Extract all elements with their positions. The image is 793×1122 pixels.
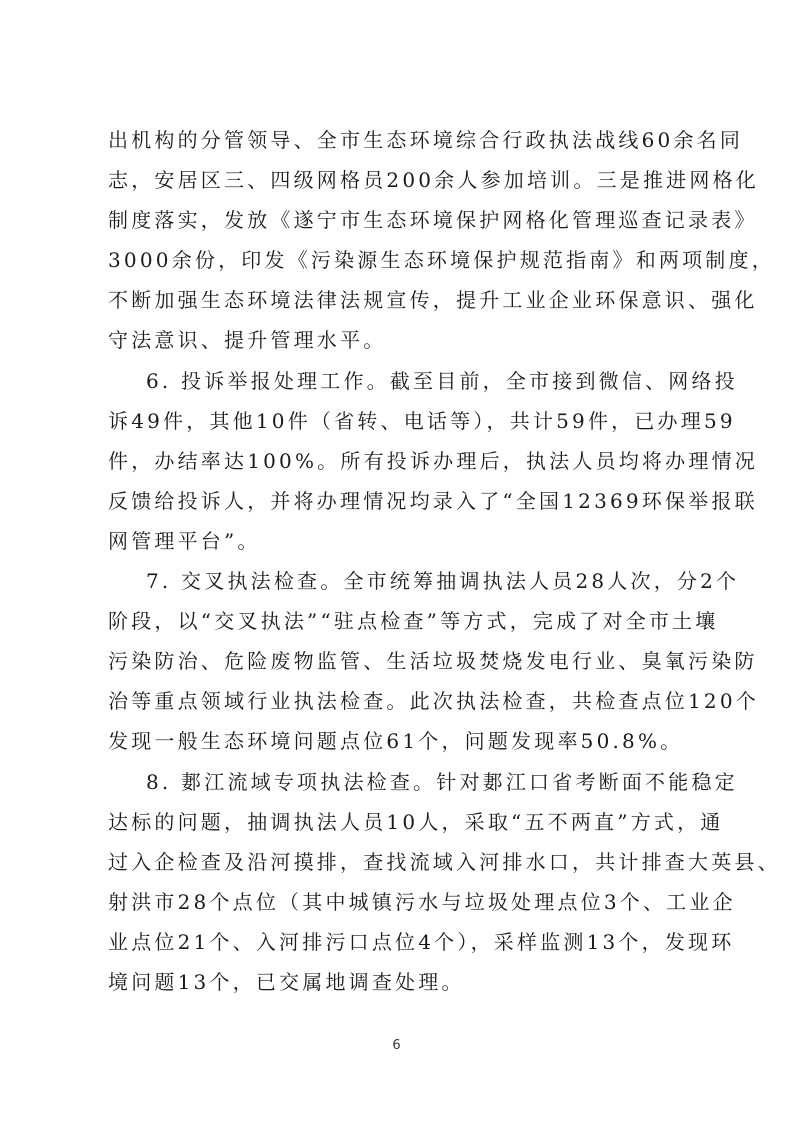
text-line: 射洪市28个点位（其中城镇污水与垃圾处理点位3个、工业企 [108,882,692,922]
document-body: 出机构的分管领导、全市生态环境综合行政执法战线60余名同 志，安居区三、四级网格… [108,120,692,1002]
text-line: 件，办结率达100%。所有投诉办理后，执法人员均将办理情况 [108,441,692,481]
text-line: 污染防治、危险废物监管、生活垃圾焚烧发电行业、臭氧污染防 [108,641,692,681]
text-line: 过入企检查及沿河摸排，查找流域入河排水口，共计排查大英县、 [108,842,692,882]
text-line: 网管理平台”。 [108,521,692,561]
text-line: 守法意识、提升管理水平。 [108,320,692,360]
text-line: 反馈给投诉人，并将办理情况均录入了“全国12369环保举报联 [108,481,692,521]
text-line: 阶段，以“交叉执法”“驻点检查”等方式，完成了对全市土壤 [108,601,692,641]
paragraph-8-qijiang-inspection: 8. 郪江流域专项执法检查。针对郪江口省考断面不能稳定 达标的问题，抽调执法人员… [108,762,692,1003]
text-line: 达标的问题，抽调执法人员10人，采取“五不两直”方式，通 [108,802,692,842]
text-line: 治等重点领域行业执法检查。此次执法检查，共检查点位120个 [108,681,692,721]
text-line: 制度落实，发放《遂宁市生态环境保护网格化管理巡查记录表》 [108,200,692,240]
text-line: 3000余份，印发《污染源生态环境保护规范指南》和两项制度， [108,240,692,280]
text-line: 境问题13个，已交属地调查处理。 [108,962,692,1002]
text-line: 业点位21个、入河排污口点位4个），采样监测13个，发现环 [108,922,692,962]
text-line: 志，安居区三、四级网格员200余人参加培训。三是推进网格化 [108,160,692,200]
text-line: 8. 郪江流域专项执法检查。针对郪江口省考断面不能稳定 [108,762,692,802]
paragraph-7-cross-enforcement: 7. 交叉执法检查。全市统筹抽调执法人员28人次，分2个 阶段，以“交叉执法”“… [108,561,692,761]
text-line: 不断加强生态环境法律法规宣传，提升工业企业环保意识、强化 [108,280,692,320]
text-line: 诉49件，其他10件（省转、电话等），共计59件，已办理59 [108,401,692,441]
text-line: 发现一般生态环境问题点位61个，问题发现率50.8%。 [108,721,692,761]
paragraph-continued: 出机构的分管领导、全市生态环境综合行政执法战线60余名同 志，安居区三、四级网格… [108,120,692,361]
page-number: 6 [0,1038,793,1053]
text-line: 出机构的分管领导、全市生态环境综合行政执法战线60余名同 [108,120,692,160]
paragraph-6-complaint-handling: 6. 投诉举报处理工作。截至目前，全市接到微信、网络投 诉49件，其他10件（省… [108,361,692,561]
text-line: 6. 投诉举报处理工作。截至目前，全市接到微信、网络投 [108,361,692,401]
text-line: 7. 交叉执法检查。全市统筹抽调执法人员28人次，分2个 [108,561,692,601]
